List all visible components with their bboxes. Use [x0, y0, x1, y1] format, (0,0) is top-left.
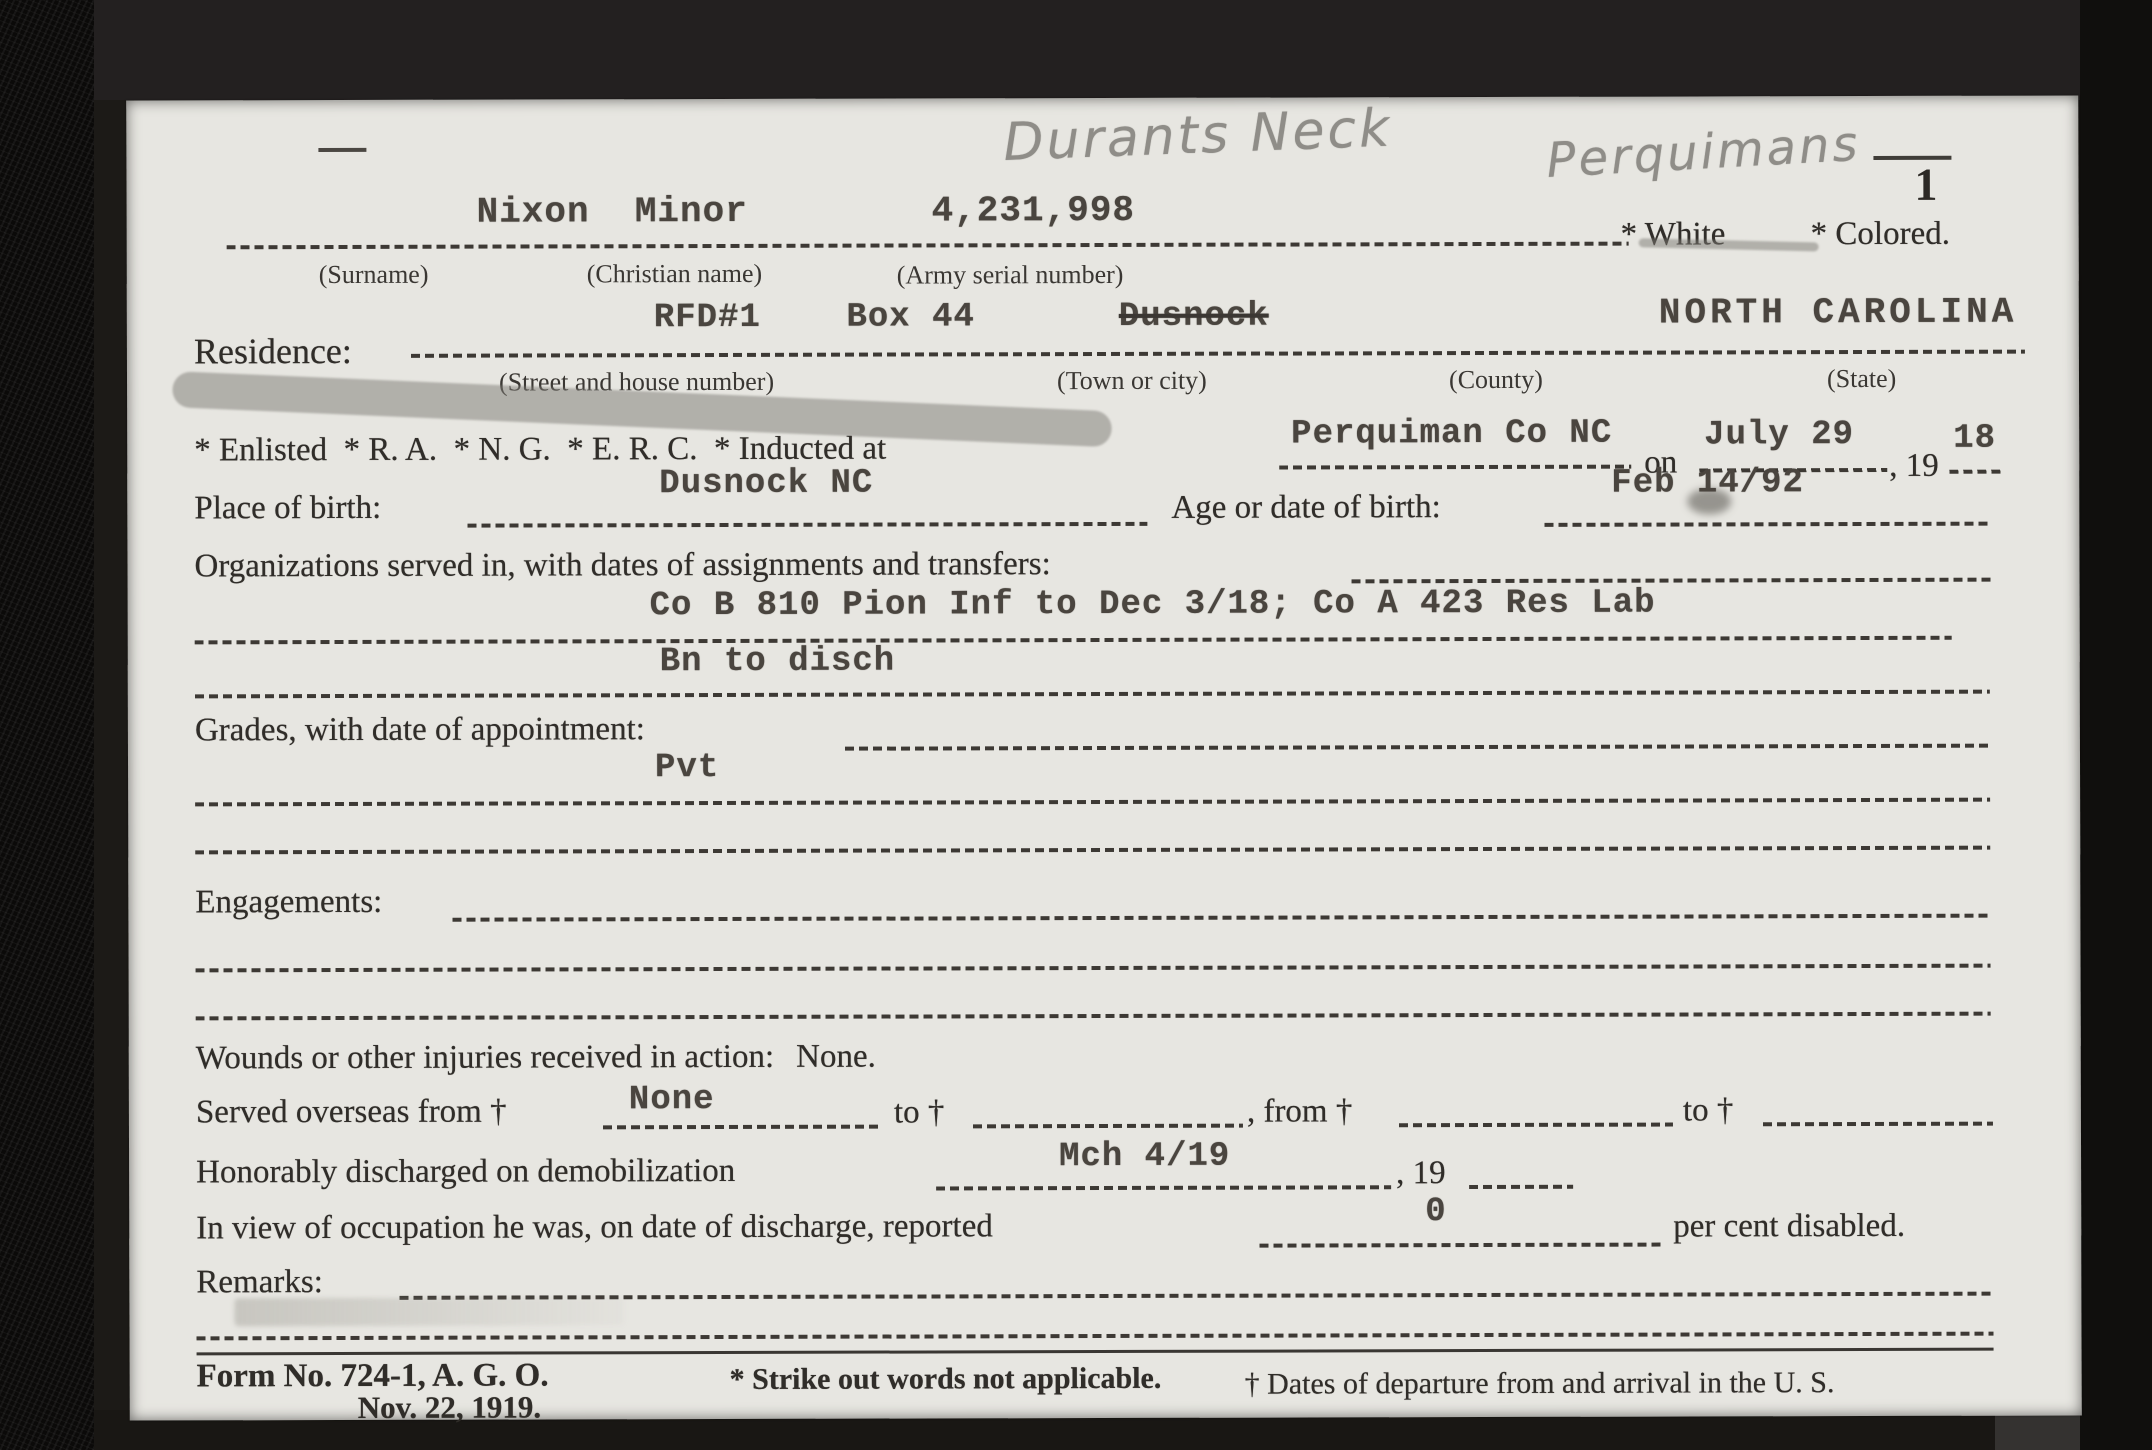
- serial-label: (Army serial number): [897, 260, 1124, 291]
- bottom-rule: [197, 1348, 1994, 1356]
- race-colored-label: * Colored.: [1811, 216, 1950, 253]
- form-date: Nov. 22, 1919.: [358, 1389, 542, 1425]
- surname-label: (Surname): [319, 260, 429, 290]
- disability-label: In view of occupation he was, on date of…: [196, 1208, 993, 1247]
- bottom-dashed-line: [197, 1332, 1994, 1341]
- engagements-underline-a: [452, 914, 1992, 922]
- background-strip: [94, 0, 130, 1450]
- birth-place-typed: Dusnock NC: [659, 465, 873, 504]
- remarks-underline: [399, 1292, 1993, 1300]
- discharge-underline-b: [1469, 1185, 1573, 1189]
- overseas-underline-c: [1399, 1123, 1673, 1128]
- grades-underline-b: [195, 798, 1990, 807]
- name-underline: [227, 242, 1629, 250]
- organizations-underline-c: [195, 690, 1990, 699]
- county-label: (County): [1449, 365, 1543, 395]
- state-label: (State): [1827, 364, 1896, 394]
- birth-underline: [467, 522, 1147, 528]
- service-record-card: Durants Neck Perquimans 1 Nixon Minor 4,…: [126, 95, 2081, 1420]
- organizations-line2-typed: Bn to disch: [660, 643, 896, 682]
- residence-state-typed: NORTH CAROLINA: [1659, 292, 2018, 334]
- binding-texture: [0, 0, 94, 1450]
- serial-typed: 4,231,998: [932, 190, 1136, 232]
- organizations-underline-a: [1352, 578, 1992, 584]
- overseas-underline-b: [973, 1124, 1243, 1129]
- name-typed: Nixon Minor: [477, 191, 748, 233]
- overseas-to1-label: to †: [894, 1094, 945, 1131]
- residence-street-typed: RFD#1 Box 44: [654, 298, 975, 337]
- town-label: (Town or city): [1057, 366, 1207, 396]
- year-underline: [1949, 470, 2003, 474]
- discharge-underline-a: [936, 1185, 1391, 1190]
- wounds-label: Wounds or other injuries received in act…: [196, 1039, 774, 1077]
- background-right: [2080, 0, 2152, 1450]
- disability-suffix: per cent disabled.: [1673, 1208, 1905, 1246]
- organizations-label: Organizations served in, with dates of a…: [194, 546, 1050, 585]
- page-number: 1: [1914, 158, 1937, 211]
- induction-date-typed: July 29: [1704, 416, 1854, 454]
- faint-ghost-stamp: [234, 1297, 624, 1326]
- footnote-strike-out: * Strike out words not applicable.: [730, 1362, 1162, 1397]
- residence-underline: [411, 350, 2025, 358]
- residence-label: Residence:: [194, 330, 352, 372]
- footnote-dagger: † Dates of departure from and arrival in…: [1245, 1366, 1835, 1402]
- organizations-line1-typed: Co B 810 Pion Inf to Dec 3/18; Co A 423 …: [650, 585, 1656, 626]
- pencil-dash-mark: [318, 148, 366, 152]
- age-value-typed: Feb 14/92: [1611, 464, 1804, 503]
- overseas-underline-d: [1763, 1122, 1993, 1127]
- age-label: Age or date of birth:: [1171, 489, 1441, 527]
- background-top: [94, 0, 2152, 100]
- engagements-underline-b: [196, 964, 1991, 973]
- grades-underline-a: [845, 744, 1992, 751]
- grades-value-typed: Pvt: [655, 749, 719, 787]
- discharge-label: Honorably discharged on demobilization: [196, 1153, 735, 1191]
- birth-label: Place of birth:: [194, 490, 381, 527]
- wounds-value: None.: [796, 1039, 876, 1075]
- overseas-label: Served overseas from †: [196, 1094, 507, 1132]
- induction-place-typed: Perquiman Co NC: [1291, 415, 1612, 454]
- residence-town-struck: Dusnock: [1119, 298, 1269, 336]
- age-underline: [1544, 522, 1991, 527]
- disability-underline: [1259, 1243, 1661, 1248]
- year-printed: , 19: [1889, 448, 1939, 485]
- discharge-year-printed: , 19: [1396, 1155, 1446, 1192]
- remarks-label: Remarks:: [196, 1264, 323, 1301]
- handwritten-town-note: Durants Neck: [1002, 98, 1393, 173]
- discharge-date-typed: Mch 4/19: [1059, 1138, 1230, 1176]
- wounds-line: Wounds or other injuries received in act…: [196, 1039, 876, 1078]
- enlistment-line: * Enlisted * R. A. * N. G. * E. R. C. * …: [194, 431, 886, 470]
- induction-place-underline: [1279, 465, 1631, 470]
- christian-name-label: (Christian name): [587, 259, 763, 289]
- scanned-page: { "colors":{"card":"#e7e6e1","ink_printe…: [0, 0, 2152, 1450]
- page-number-overline: [1873, 156, 1951, 160]
- engagements-label: Engagements:: [195, 884, 382, 921]
- overseas-value1-typed: None: [629, 1081, 715, 1119]
- engagements-underline-c: [196, 1012, 1991, 1021]
- handwritten-county-note: Perquimans: [1545, 116, 1862, 189]
- disability-value-typed: 0: [1425, 1193, 1447, 1231]
- overseas-underline-a: [603, 1125, 881, 1130]
- grades-underline-c: [195, 846, 1990, 855]
- overseas-to2-label: to †: [1683, 1092, 1734, 1129]
- overseas-from2-label: , from †: [1247, 1093, 1353, 1130]
- grades-label: Grades, with date of appointment:: [195, 711, 645, 749]
- organizations-underline-b: [195, 636, 1952, 645]
- year-typed: 18: [1953, 420, 1996, 458]
